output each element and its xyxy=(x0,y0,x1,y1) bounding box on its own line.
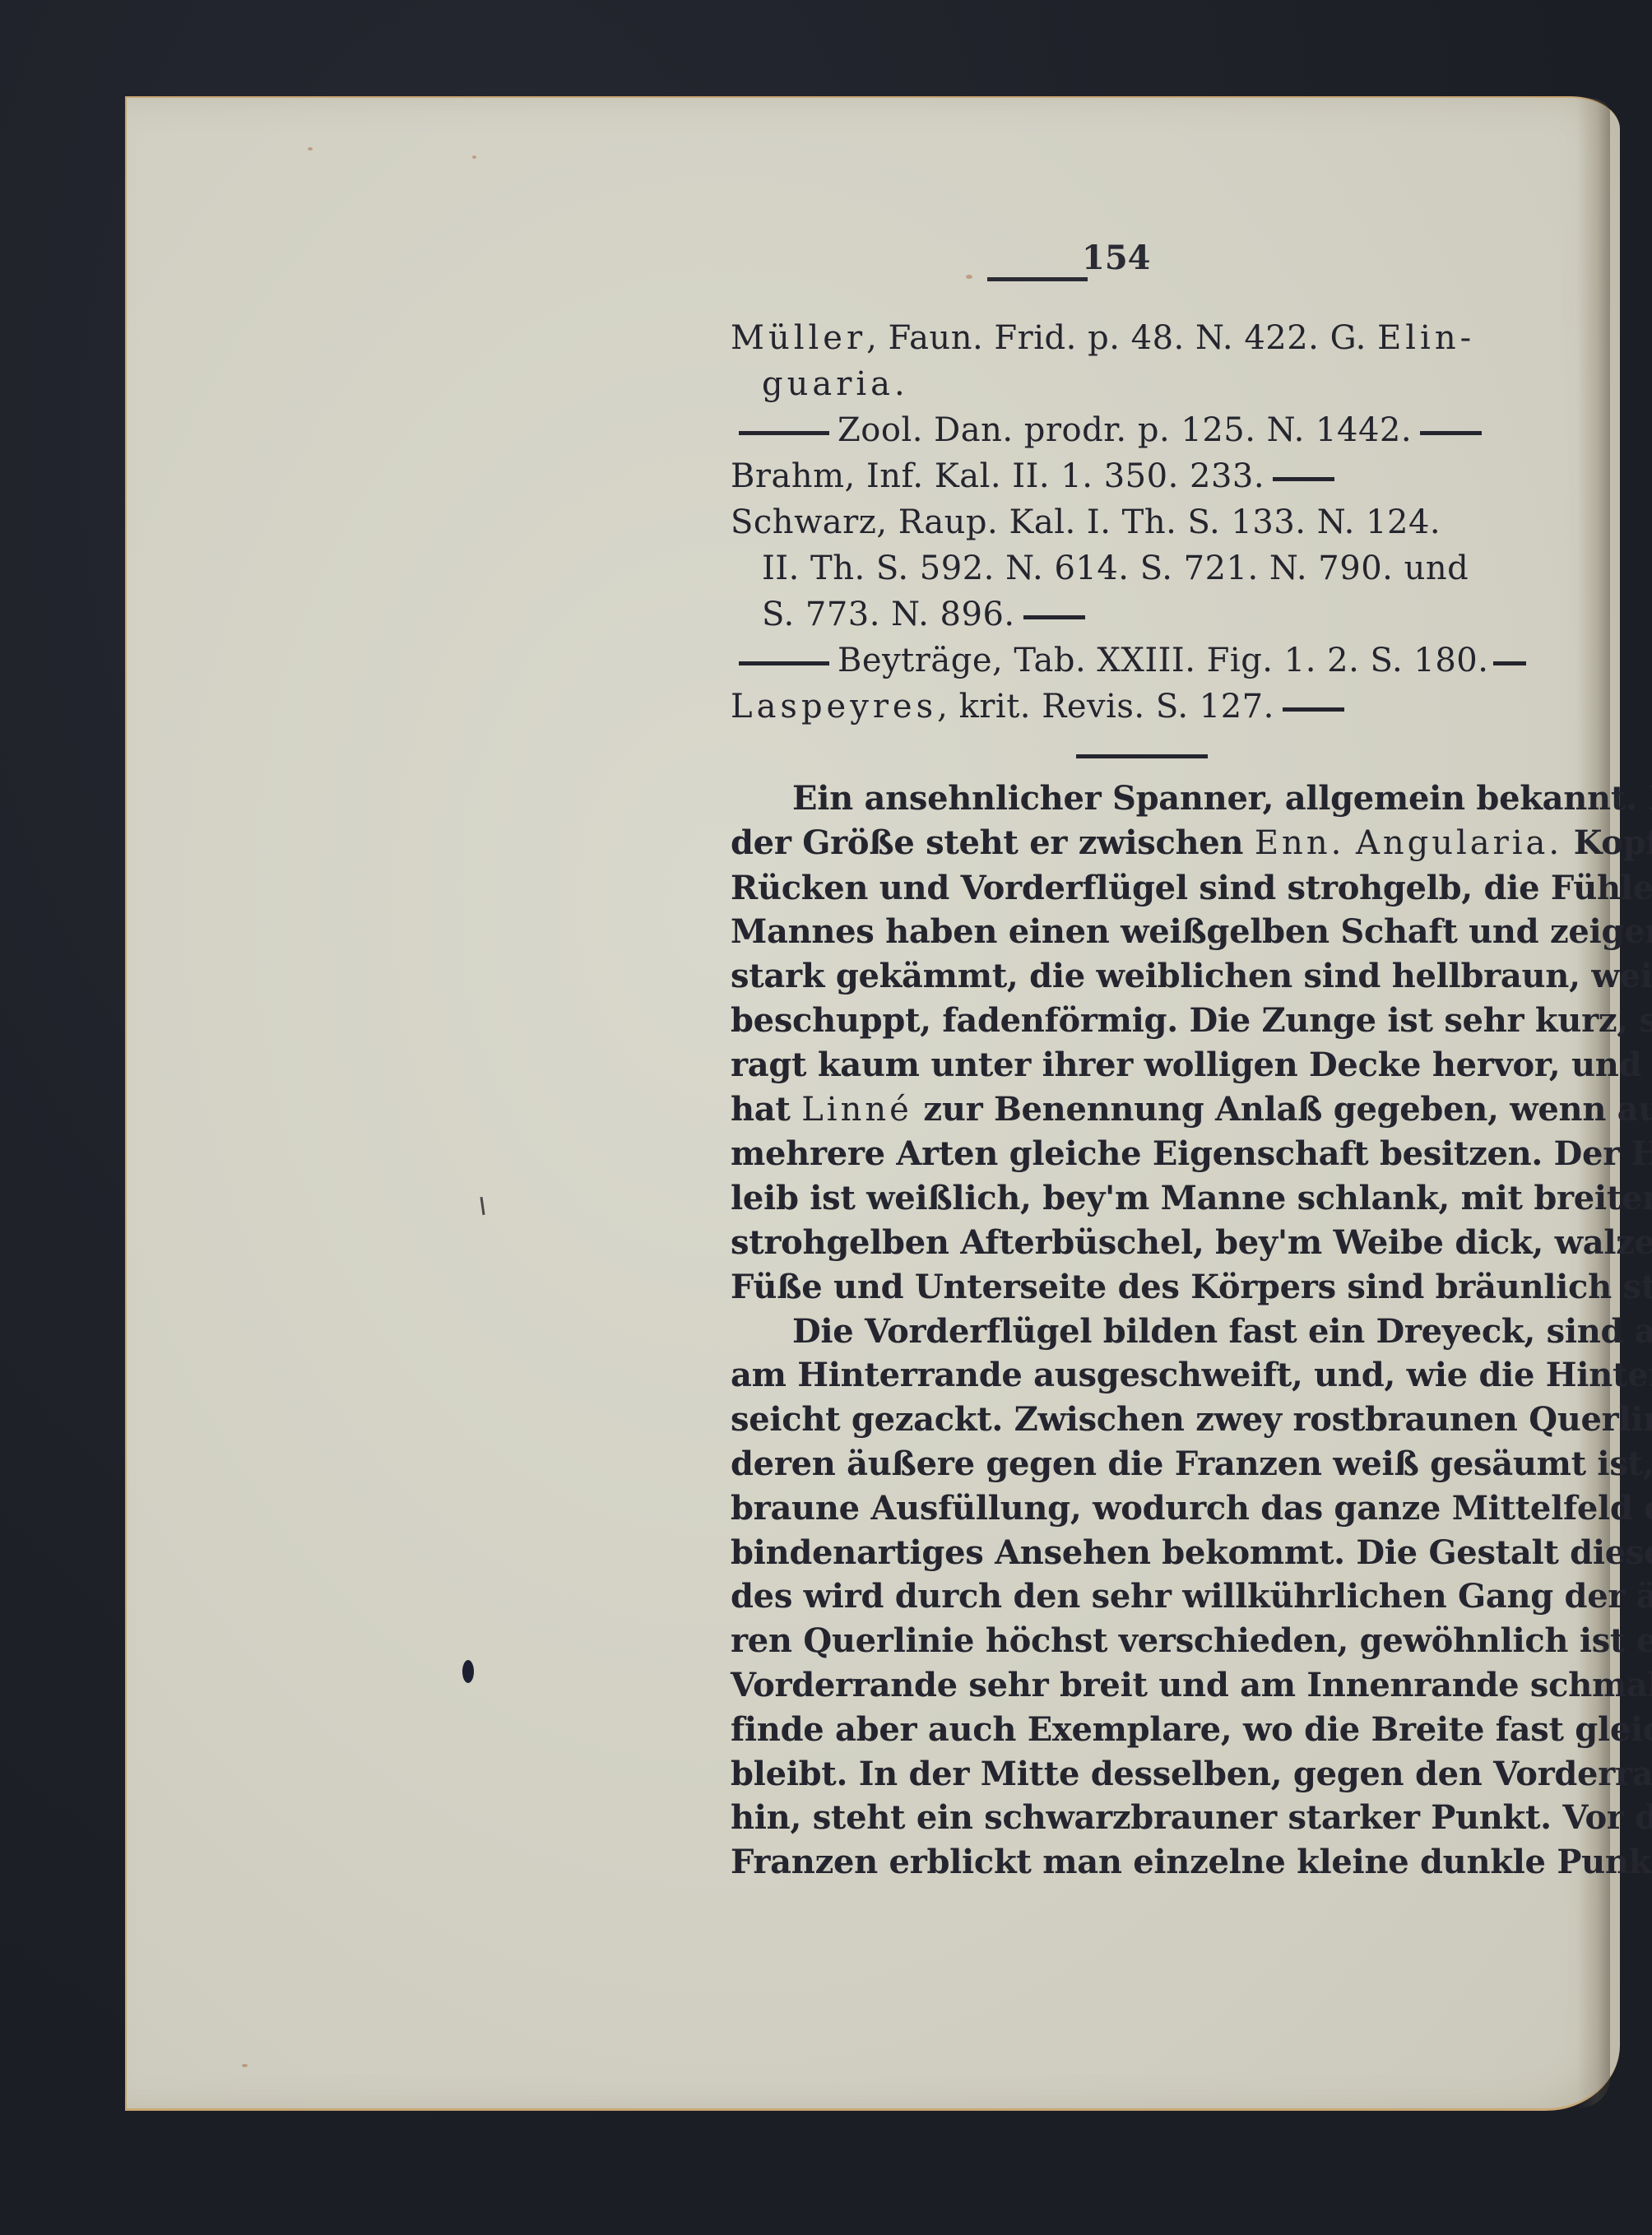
text-line: bleibt. In der Mitte desselben, gegen de… xyxy=(731,1752,1562,1797)
text-line: Ein ansehnlicher Spanner, allgemein beka… xyxy=(731,777,1562,821)
text-line: Franzen erblickt man einzelne kleine dun… xyxy=(731,1840,1562,1885)
paper-speck xyxy=(242,2064,248,2067)
text-line: strohgelben Afterbüschel, bey'm Weibe di… xyxy=(731,1221,1562,1265)
reference-line: Beyträge, Tab. XXIII. Fig. 1. 2. S. 180. xyxy=(731,638,1562,684)
text-line: Rücken und Vorderflügel sind strohgelb, … xyxy=(731,866,1562,911)
text-line: am Hinterrande ausgeschweift, und, wie d… xyxy=(731,1353,1562,1398)
author-name: Linné xyxy=(801,1091,912,1129)
paper-speck xyxy=(472,155,476,159)
text-line: braune Ausfüllung, wodurch das ganze Mit… xyxy=(731,1486,1562,1531)
reference-line: Müller, Faun. Frid. p. 48. N. 422. G. El… xyxy=(731,315,1562,361)
reference-line: II. Th. S. 592. N. 614. S. 721. N. 790. … xyxy=(731,545,1562,591)
separator-dash xyxy=(1273,477,1334,481)
ink-blot xyxy=(462,1660,474,1683)
ditto-dash xyxy=(739,661,829,665)
section-divider xyxy=(1076,754,1208,758)
author-name: Laspeyres xyxy=(731,688,937,726)
reference-line: Schwarz, Raup. Kal. I. Th. S. 133. N. 12… xyxy=(731,499,1562,545)
separator-dash xyxy=(1420,431,1482,435)
page-number-rule xyxy=(987,277,1088,281)
text-line: des wird durch den sehr willkührlichen G… xyxy=(731,1574,1562,1619)
text-line: Vorderrande sehr breit und am Innenrande… xyxy=(731,1663,1562,1708)
separator-dash xyxy=(1023,615,1085,619)
description-text: Ein ansehnlicher Spanner, allgemein beka… xyxy=(731,777,1562,1885)
text-line: Die Vorderflügel bilden fast ein Dreyeck… xyxy=(731,1310,1562,1354)
text-line: ren Querlinie höchst verschieden, gewöhn… xyxy=(731,1619,1562,1663)
page-content: Müller, Faun. Frid. p. 48. N. 422. G. El… xyxy=(731,315,1562,1885)
species-name: Enn. xyxy=(1255,824,1344,862)
page-number: 154 xyxy=(1082,239,1151,277)
text-line: mehrere Arten gleiche Eigenschaft besitz… xyxy=(731,1132,1562,1176)
text-line: finde aber auch Exemplare, wo die Breite… xyxy=(731,1708,1562,1752)
paper-speck xyxy=(966,275,972,279)
text-line: hat Linné zur Benennung Anlaß gegeben, w… xyxy=(731,1087,1562,1133)
text-line: bindenartiges Ansehen bekommt. Die Gesta… xyxy=(731,1531,1562,1575)
separator-dash xyxy=(1283,707,1344,712)
reference-line: S. 773. N. 896. xyxy=(731,591,1562,638)
text-line: hin, steht ein schwarzbrauner starker Pu… xyxy=(731,1796,1562,1840)
text-line: ragt kaum unter ihrer wolligen Decke her… xyxy=(731,1043,1562,1087)
text-line: seicht gezackt. Zwischen zwey rostbraune… xyxy=(731,1398,1562,1442)
ditto-dash xyxy=(739,431,829,435)
text-line: Füße und Unterseite des Körpers sind brä… xyxy=(731,1265,1562,1310)
text-line: der Größe steht er zwischen Enn. Angular… xyxy=(731,821,1562,866)
species-name: Angularia. xyxy=(1356,824,1562,862)
text-line: beschuppt, fadenförmig. Die Zunge ist se… xyxy=(731,999,1562,1043)
text-line: stark gekämmt, die weiblichen sind hellb… xyxy=(731,954,1562,999)
text-line: deren äußere gegen die Franzen weiß gesä… xyxy=(731,1442,1562,1486)
text-line: Mannes haben einen weißgelben Schaft und… xyxy=(731,910,1562,954)
separator-dash xyxy=(1493,661,1526,665)
reference-line: Brahm, Inf. Kal. II. 1. 350. 233. xyxy=(731,453,1562,499)
reference-line: Zool. Dan. prodr. p. 125. N. 1442. xyxy=(731,407,1562,453)
reference-line: Laspeyres, krit. Revis. S. 127. xyxy=(731,684,1562,730)
text-line: leib ist weißlich, bey'm Manne schlank, … xyxy=(731,1176,1562,1221)
paper-speck xyxy=(308,147,313,151)
author-name: Müller xyxy=(731,319,866,357)
reference-list: Müller, Faun. Frid. p. 48. N. 422. G. El… xyxy=(731,315,1562,730)
reference-line: guaria. xyxy=(731,361,1562,407)
